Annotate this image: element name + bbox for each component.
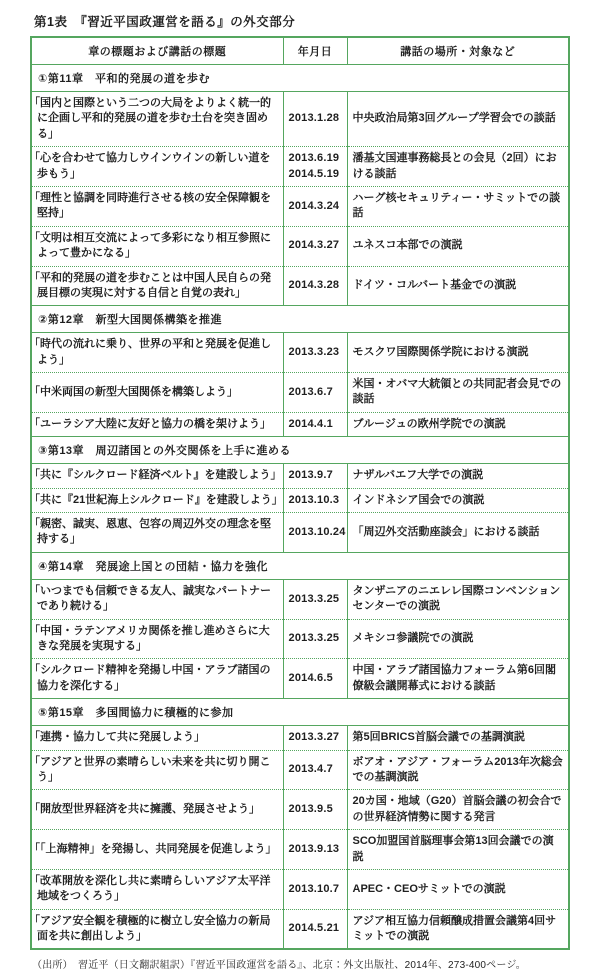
speech-title-cell: 「アジアと世界の素晴らしい未来を共に切り開こう」 [31, 750, 283, 790]
column-header-venue: 講話の場所・対象など [347, 37, 569, 65]
speech-title-cell: 「平和的発展の道を歩むことは中国人民自らの発展目標の実現に対する自信と自覚の表れ… [31, 266, 283, 306]
table-row: 「共に『21世紀海上シルクロード』を建設しよう」2013.10.3インドネシア国… [31, 488, 569, 512]
section-header-row: ④第14章 発展途上国との団結・協力を強化 [31, 552, 569, 579]
speech-title-cell: 「改革開放を深化し共に素晴らしいアジア太平洋地域をつくろう」 [31, 869, 283, 909]
table-row: 「「上海精神」を発揚し、共同発展を促進しよう」2013.9.13SCO加盟国首脳… [31, 830, 569, 870]
speech-title-cell: 「心を合わせて協力しウインウインの新しい道を歩もう」 [31, 147, 283, 187]
speech-title-text: 「シルクロード精神を発揚し中国・アラブ諸国の協力を深化する」 [37, 663, 278, 694]
table-row: 「理性と協調を同時進行させる核の安全保障観を堅持」2014.3.24ハーグ核セキ… [31, 186, 569, 226]
speech-title-text: 「アジアと世界の素晴らしい未来を共に切り開こう」 [37, 755, 278, 786]
venue-cell: インドネシア国会での演説 [347, 488, 569, 512]
venue-cell: ユネスコ本部での演説 [347, 226, 569, 266]
speech-title-text: 「理性と協調を同時進行させる核の安全保障観を堅持」 [37, 191, 278, 222]
date-cell: 2014.3.28 [283, 266, 347, 306]
date-cell: 2013.9.13 [283, 830, 347, 870]
speech-title-cell: 「「上海精神」を発揚し、共同発展を促進しよう」 [31, 830, 283, 870]
date-cell: 2013.9.7 [283, 464, 347, 488]
date-cell: 2013.10.7 [283, 869, 347, 909]
column-header-date: 年月日 [283, 37, 347, 65]
venue-cell: メキシコ参議院での演説 [347, 619, 569, 659]
speech-title-cell: 「共に『21世紀海上シルクロード』を建設しよう」 [31, 488, 283, 512]
venue-cell: SCO加盟国首脳理事会第13回会議での演説 [347, 830, 569, 870]
speech-title-cell: 「中国・ラテンアメリカ関係を推し進めさらに大きな発展を実現する」 [31, 619, 283, 659]
venue-cell: ドイツ・コルバート基金での演説 [347, 266, 569, 306]
section-label: ②第12章 新型大国関係構築を推進 [31, 306, 569, 333]
date-cell: 2013.6.19 2014.5.19 [283, 147, 347, 187]
speech-title-text: 「共に『シルクロード経済ベルト』を建設しよう」 [37, 468, 278, 483]
venue-cell: 20カ国・地域（G20）首脳会議の初会合での世界経済情勢に関する発言 [347, 790, 569, 830]
date-cell: 2013.3.25 [283, 579, 347, 619]
section-label: ④第14章 発展途上国との団結・協力を強化 [31, 552, 569, 579]
speech-title-text: 「「上海精神」を発揚し、共同発展を促進しよう」 [37, 842, 278, 857]
section-header-row: ①第11章 平和的発展の道を歩む [31, 65, 569, 92]
section-label: ③第13章 周辺諸国との外交関係を上手に進める [31, 437, 569, 464]
table-row: 「心を合わせて協力しウインウインの新しい道を歩もう」2013.6.19 2014… [31, 147, 569, 187]
speech-title-text: 「中国・ラテンアメリカ関係を推し進めさらに大きな発展を実現する」 [37, 624, 278, 655]
document-page: 第1表 『習近平国政運営を語る』の外交部分 章の標題および講話の標題 年月日 講… [0, 0, 593, 979]
table-row: 「中国・ラテンアメリカ関係を推し進めさらに大きな発展を実現する」2013.3.2… [31, 619, 569, 659]
venue-cell: ナザルバエフ大学での演説 [347, 464, 569, 488]
table-row: 「共に『シルクロード経済ベルト』を建設しよう」2013.9.7ナザルバエフ大学で… [31, 464, 569, 488]
speech-title-text: 「心を合わせて協力しウインウインの新しい道を歩もう」 [37, 151, 278, 182]
speech-title-cell: 「いつまでも信頼できる友人、誠実なパートナーであり続ける」 [31, 579, 283, 619]
table-row: 「アジアと世界の素晴らしい未来を共に切り開こう」2013.4.7ボアオ・アジア・… [31, 750, 569, 790]
date-cell: 2013.4.7 [283, 750, 347, 790]
speech-title-text: 「共に『21世紀海上シルクロード』を建設しよう」 [37, 493, 278, 508]
speech-title-text: 「いつまでも信頼できる友人、誠実なパートナーであり続ける」 [37, 584, 278, 615]
speech-title-text: 「アジア安全観を積極的に樹立し安全協力の新局面を共に創出しよう」 [37, 914, 278, 945]
table-row: 「時代の流れに乗り、世界の平和と発展を促進しよう」2013.3.23モスクワ国際… [31, 333, 569, 373]
speech-title-text: 「中米両国の新型大国関係を構築しよう」 [37, 385, 278, 400]
venue-cell: タンザニアのニエレレ国際コンベンションセンターでの演説 [347, 579, 569, 619]
speech-title-cell: 「連携・協力して共に発展しよう」 [31, 726, 283, 750]
speech-title-cell: 「開放型世界経済を共に擁護、発展させよう」 [31, 790, 283, 830]
table-row: 「平和的発展の道を歩むことは中国人民自らの発展目標の実現に対する自信と自覚の表れ… [31, 266, 569, 306]
speech-title-cell: 「共に『シルクロード経済ベルト』を建設しよう」 [31, 464, 283, 488]
venue-cell: 潘基文国連事務総長との会見（2回）における談話 [347, 147, 569, 187]
date-cell: 2014.3.24 [283, 186, 347, 226]
date-cell: 2013.1.28 [283, 92, 347, 147]
speech-title-text: 「時代の流れに乗り、世界の平和と発展を促進しよう」 [37, 337, 278, 368]
speech-title-cell: 「アジア安全観を積極的に樹立し安全協力の新局面を共に創出しよう」 [31, 909, 283, 949]
venue-cell: 「周辺外交活動座談会」における談話 [347, 513, 569, 553]
table-row: 「中米両国の新型大国関係を構築しよう」2013.6.7米国・オバマ大統領との共同… [31, 373, 569, 413]
diplomacy-table: 章の標題および講話の標題 年月日 講話の場所・対象など ①第11章 平和的発展の… [30, 36, 570, 950]
table-row: 「親密、誠実、恩恵、包容の周辺外交の理念を堅持する」2013.10.24「周辺外… [31, 513, 569, 553]
header-row: 章の標題および講話の標題 年月日 講話の場所・対象など [31, 37, 569, 65]
section-label: ⑤第15章 多国間協力に積極的に参加 [31, 699, 569, 726]
speech-title-text: 「ユーラシア大陸に友好と協力の橋を架けよう」 [37, 417, 278, 432]
section-label: ①第11章 平和的発展の道を歩む [31, 65, 569, 92]
speech-title-text: 「文明は相互交流によって多彩になり相互参照によって豊かになる」 [37, 231, 278, 262]
date-cell: 2013.9.5 [283, 790, 347, 830]
date-cell: 2014.6.5 [283, 659, 347, 699]
table-row: 「ユーラシア大陸に友好と協力の橋を架けよう」2014.4.1ブルージュの欧州学院… [31, 412, 569, 436]
speech-title-cell: 「理性と協調を同時進行させる核の安全保障観を堅持」 [31, 186, 283, 226]
venue-cell: 中国・アラブ諸国協力フォーラム第6回閣僚級会議開幕式における談話 [347, 659, 569, 699]
speech-title-cell: 「時代の流れに乗り、世界の平和と発展を促進しよう」 [31, 333, 283, 373]
venue-cell: 米国・オバマ大統領との共同記者会見での談話 [347, 373, 569, 413]
date-cell: 2013.3.23 [283, 333, 347, 373]
table-row: 「文明は相互交流によって多彩になり相互参照によって豊かになる」2014.3.27… [31, 226, 569, 266]
table-row: 「国内と国際という二つの大局をよりよく統一的に企画し平和的発展の道を歩む土台を突… [31, 92, 569, 147]
section-header-row: ②第12章 新型大国関係構築を推進 [31, 306, 569, 333]
venue-cell: ブルージュの欧州学院での演説 [347, 412, 569, 436]
date-cell: 2013.3.27 [283, 726, 347, 750]
date-cell: 2014.5.21 [283, 909, 347, 949]
table-row: 「連携・協力して共に発展しよう」2013.3.27第5回BRICS首脳会議での基… [31, 726, 569, 750]
speech-title-cell: 「国内と国際という二つの大局をよりよく統一的に企画し平和的発展の道を歩む土台を突… [31, 92, 283, 147]
speech-title-text: 「親密、誠実、恩恵、包容の周辺外交の理念を堅持する」 [37, 517, 278, 548]
speech-title-cell: 「シルクロード精神を発揚し中国・アラブ諸国の協力を深化する」 [31, 659, 283, 699]
date-cell: 2013.6.7 [283, 373, 347, 413]
venue-cell: 中央政治局第3回グループ学習会での談話 [347, 92, 569, 147]
date-cell: 2013.3.25 [283, 619, 347, 659]
table-header: 章の標題および講話の標題 年月日 講話の場所・対象など [31, 37, 569, 65]
speech-title-cell: 「中米両国の新型大国関係を構築しよう」 [31, 373, 283, 413]
table-row: 「アジア安全観を積極的に樹立し安全協力の新局面を共に創出しよう」2014.5.2… [31, 909, 569, 949]
speech-title-text: 「国内と国際という二つの大局をよりよく統一的に企画し平和的発展の道を歩む土台を突… [37, 96, 278, 142]
speech-title-cell: 「文明は相互交流によって多彩になり相互参照によって豊かになる」 [31, 226, 283, 266]
source-citation: （出所） 習近平（日文翻訳組訳）『習近平国政運営を語る』、北京：外文出版社、20… [32, 956, 573, 971]
table-row: 「改革開放を深化し共に素晴らしいアジア太平洋地域をつくろう」2013.10.7A… [31, 869, 569, 909]
venue-cell: 第5回BRICS首脳会議での基調演説 [347, 726, 569, 750]
speech-title-text: 「開放型世界経済を共に擁護、発展させよう」 [37, 802, 278, 817]
table-row: 「シルクロード精神を発揚し中国・アラブ諸国の協力を深化する」2014.6.5中国… [31, 659, 569, 699]
date-cell: 2014.3.27 [283, 226, 347, 266]
speech-title-cell: 「親密、誠実、恩恵、包容の周辺外交の理念を堅持する」 [31, 513, 283, 553]
speech-title-text: 「改革開放を深化し共に素晴らしいアジア太平洋地域をつくろう」 [37, 874, 278, 905]
date-cell: 2013.10.24 [283, 513, 347, 553]
column-header-chapter-title: 章の標題および講話の標題 [31, 37, 283, 65]
speech-title-cell: 「ユーラシア大陸に友好と協力の橋を架けよう」 [31, 412, 283, 436]
section-header-row: ⑤第15章 多国間協力に積極的に参加 [31, 699, 569, 726]
venue-cell: ボアオ・アジア・フォーラム2013年次総会での基調演説 [347, 750, 569, 790]
venue-cell: ハーグ核セキュリティー・サミットでの談話 [347, 186, 569, 226]
section-header-row: ③第13章 周辺諸国との外交関係を上手に進める [31, 437, 569, 464]
table-body: ①第11章 平和的発展の道を歩む「国内と国際という二つの大局をよりよく統一的に企… [31, 65, 569, 950]
table-title: 第1表 『習近平国政運営を語る』の外交部分 [34, 12, 573, 30]
date-cell: 2013.10.3 [283, 488, 347, 512]
table-row: 「いつまでも信頼できる友人、誠実なパートナーであり続ける」2013.3.25タン… [31, 579, 569, 619]
table-row: 「開放型世界経済を共に擁護、発展させよう」2013.9.520カ国・地域（G20… [31, 790, 569, 830]
date-cell: 2014.4.1 [283, 412, 347, 436]
speech-title-text: 「平和的発展の道を歩むことは中国人民自らの発展目標の実現に対する自信と自覚の表れ… [37, 271, 278, 302]
venue-cell: モスクワ国際関係学院における演説 [347, 333, 569, 373]
venue-cell: アジア相互協力信頼醸成措置会議第4回サミットでの演説 [347, 909, 569, 949]
venue-cell: APEC・CEOサミットでの演説 [347, 869, 569, 909]
speech-title-text: 「連携・協力して共に発展しよう」 [37, 730, 278, 745]
